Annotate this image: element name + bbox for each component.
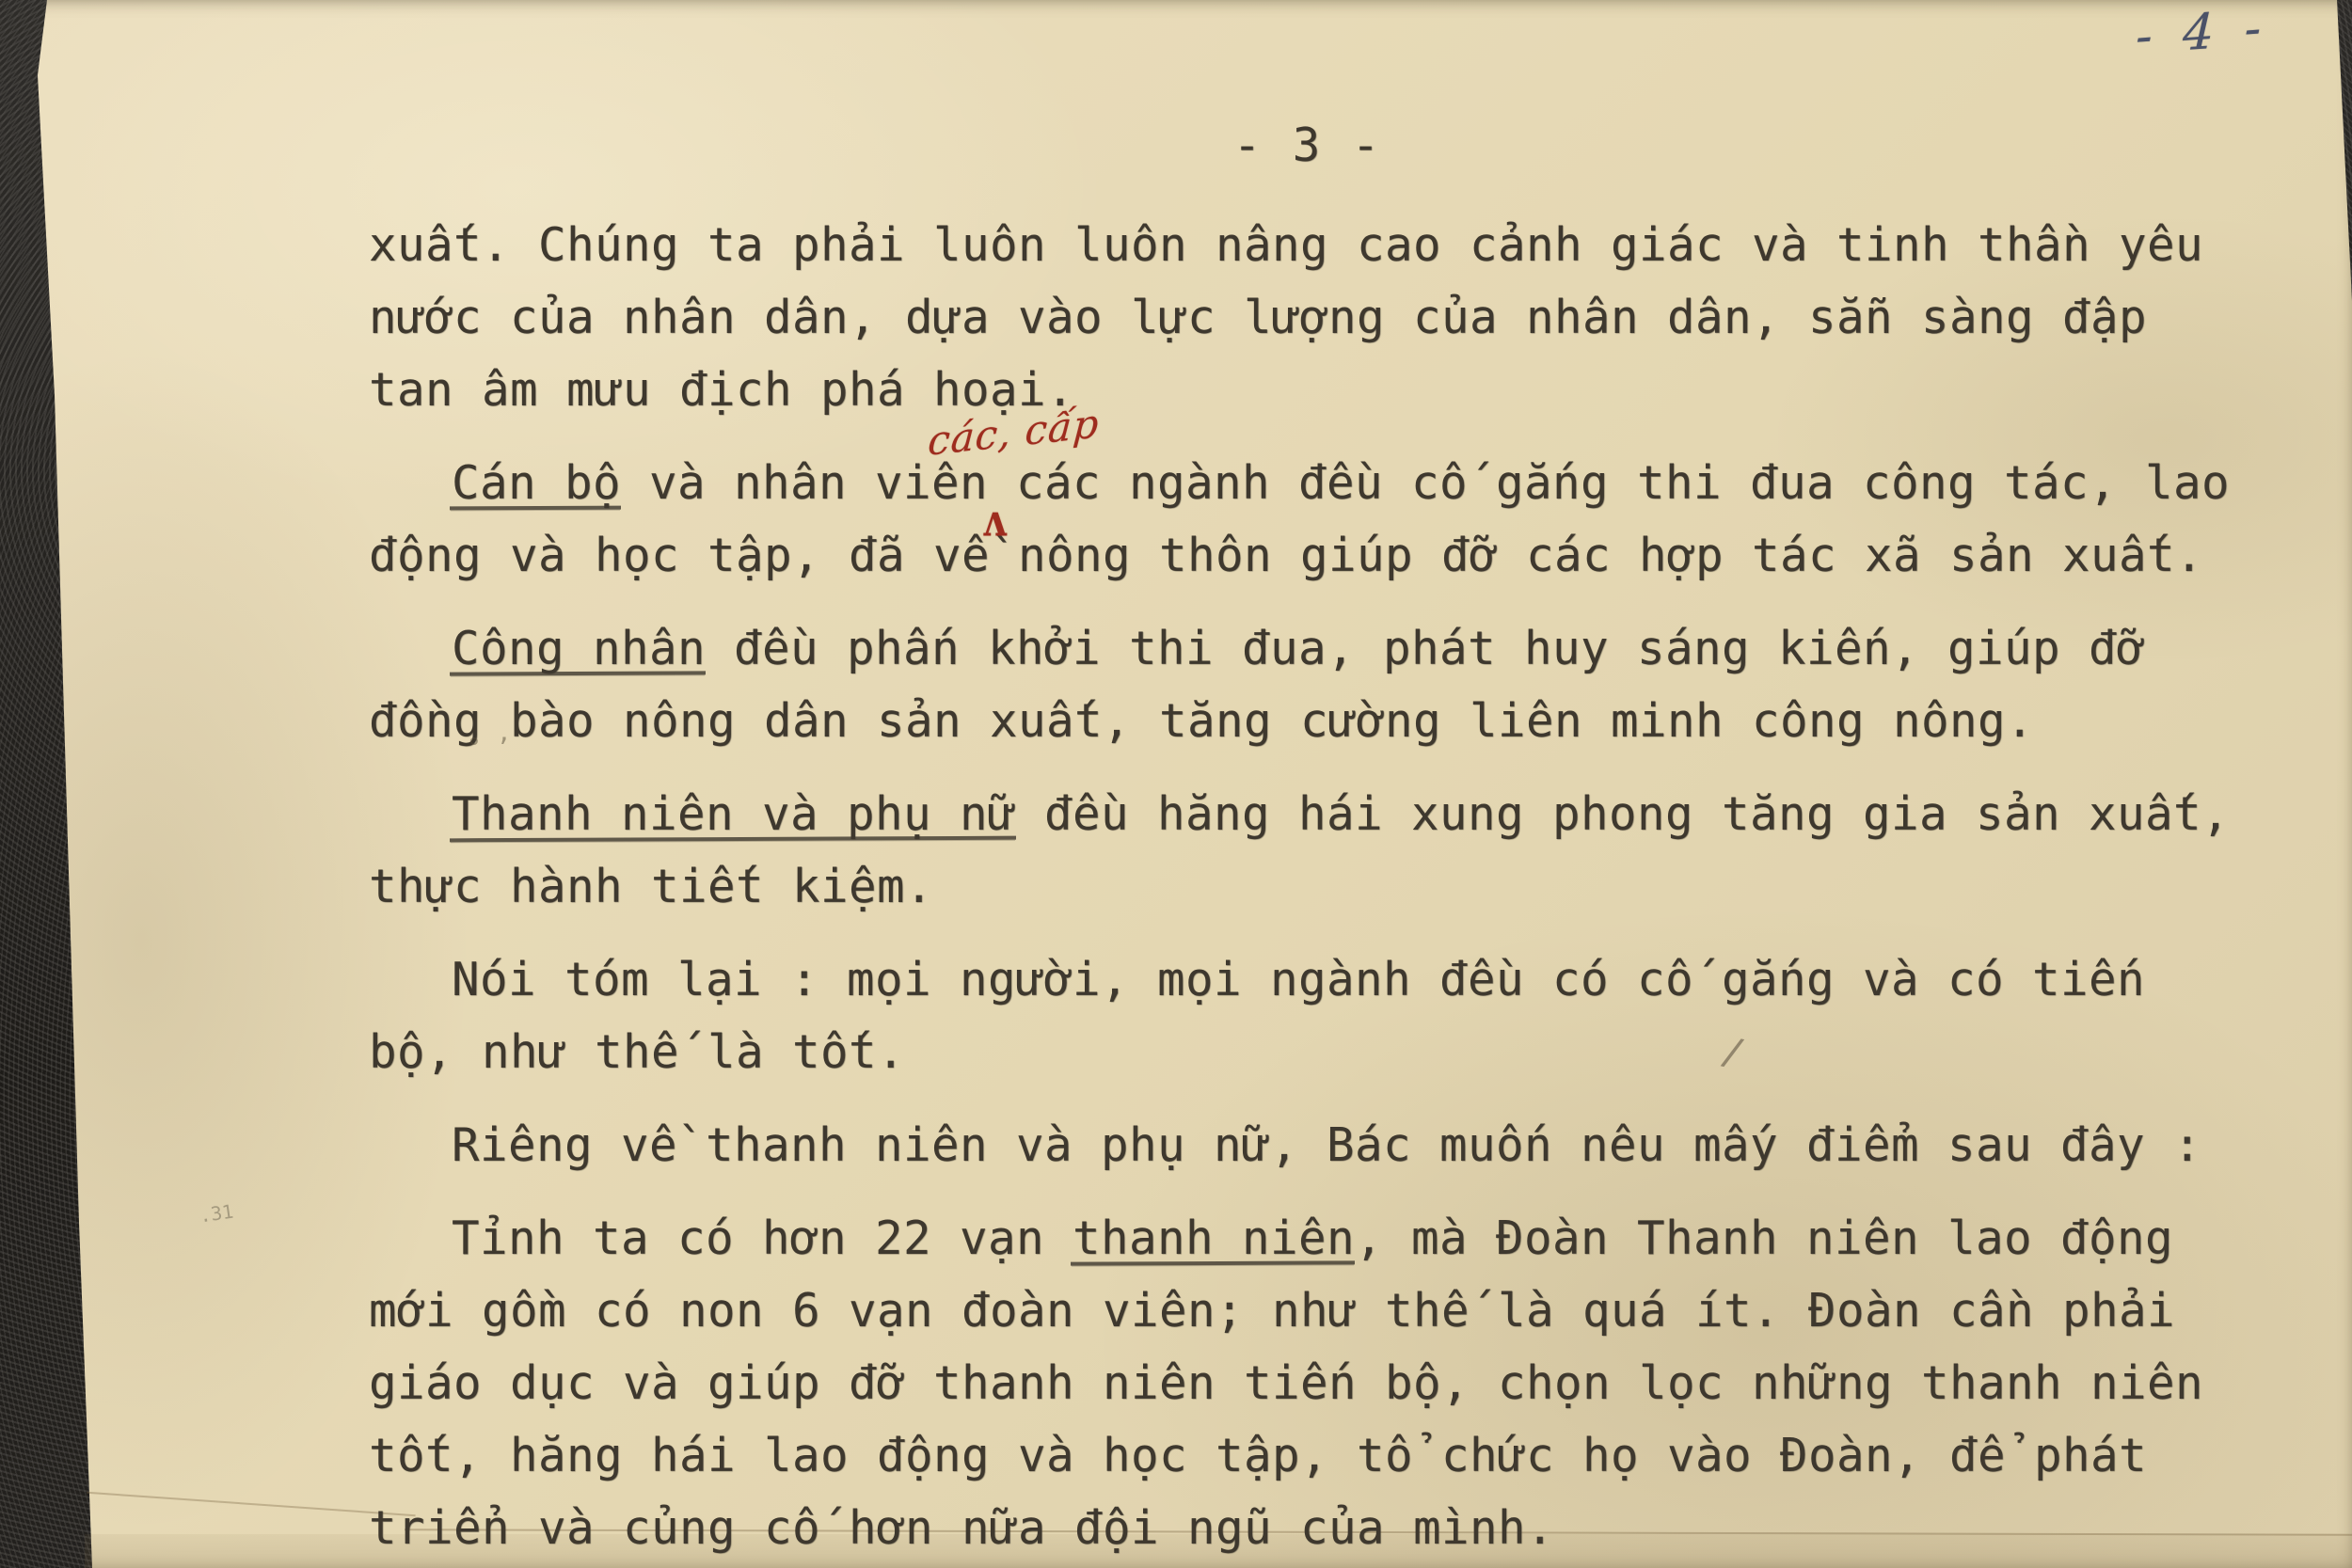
- text-line: động và học tập, đã về nông thôn giúp đỡ…: [369, 519, 2246, 592]
- underlined-phrase: thanh niên: [1073, 1212, 1355, 1265]
- text-segment: tốt, hăng hái lao động và học tập, tổ ch…: [369, 1429, 2147, 1482]
- text-line: nước của nhân dân, dựa vào lực lượng của…: [369, 281, 2246, 354]
- underlined-phrase: Công nhân: [452, 622, 706, 675]
- text-line: giáo dục và giúp đỡ thanh niên tiến bộ, …: [369, 1347, 2246, 1419]
- stray-mark: ° ʼ: [467, 734, 511, 762]
- paragraph: Nói tóm lại : mọi người, mọi ngành đều c…: [369, 943, 2246, 1088]
- text-segment: , mà Đoàn Thanh niên lao động: [1355, 1212, 2173, 1265]
- page-number: - 3 -: [369, 119, 2246, 172]
- text-line: xuất. Chúng ta phải luôn luôn nâng cao c…: [369, 209, 2246, 281]
- text-line: thực hành tiết kiệm.: [369, 850, 2246, 923]
- underlined-phrase: Thanh niên và phụ nữ: [452, 787, 1016, 841]
- text-line: triển và củng cố hơn nữa đội ngũ của mìn…: [369, 1492, 2246, 1564]
- text-line: mới gồm có non 6 vạn đoàn viên; như thế …: [369, 1275, 2246, 1347]
- text-segment: đồng bào nông dân sản xuất, tăng cường l…: [369, 694, 2034, 748]
- text-segment: đều phấn khởi thi đua, phát huy sáng kiế…: [706, 622, 2145, 675]
- text-line: đồng bào nông dân sản xuất, tăng cường l…: [369, 685, 2246, 757]
- text-line: Cán bộ và nhân viêncác, cấpʌcác ngành đề…: [369, 447, 2246, 519]
- text-segment: triển và củng cố hơn nữa đội ngũ của mìn…: [369, 1501, 1554, 1555]
- text-segment: giáo dục và giúp đỡ thanh niên tiến bộ, …: [369, 1356, 2203, 1410]
- text-line: Công nhân đều phấn khởi thi đua, phát hu…: [369, 612, 2246, 685]
- text-segment: đều hăng hái xung phong tăng gia sản xuấ…: [1016, 787, 2230, 841]
- underlined-phrase: Cán bộ: [452, 456, 621, 510]
- paragraph: Riêng về thanh niên và phụ nữ, Bác muốn …: [369, 1109, 2246, 1181]
- text-line: Thanh niên và phụ nữ đều hăng hái xung p…: [369, 778, 2246, 850]
- text-segment: Tỉnh ta có hơn 22 vạn: [452, 1212, 1073, 1265]
- paragraph: Cán bộ và nhân viêncác, cấpʌcác ngành đề…: [369, 447, 2246, 592]
- text-line: Nói tóm lại : mọi người, mọi ngành đều c…: [369, 943, 2246, 1016]
- text-segment: các ngành đều cố gắng thi đua công tác, …: [1016, 456, 2230, 510]
- text-segment: xuất. Chúng ta phải luôn luôn nâng cao c…: [369, 218, 2203, 272]
- paragraph: Tỉnh ta có hơn 22 vạn thanh niên, mà Đoà…: [369, 1202, 2246, 1564]
- scanned-document-page: - 3 - - 4 - xuất. Chúng ta phải luôn luô…: [0, 0, 2352, 1568]
- text-line: Riêng về thanh niên và phụ nữ, Bác muốn …: [369, 1109, 2246, 1181]
- typewritten-text-column: xuất. Chúng ta phải luôn luôn nâng cao c…: [369, 209, 2246, 1564]
- paragraph: xuất. Chúng ta phải luôn luôn nâng cao c…: [369, 209, 2246, 426]
- handwritten-insertion: các, cấpʌ: [988, 447, 1016, 519]
- text-segment: thực hành tiết kiệm.: [369, 860, 933, 913]
- text-segment: Nói tóm lại : mọi người, mọi ngành đều c…: [452, 953, 2145, 1006]
- text-segment: bộ, như thế là tốt.: [369, 1025, 905, 1079]
- paragraph: Công nhân đều phấn khởi thi đua, phát hu…: [369, 612, 2246, 757]
- text-line: tan âm mưu địch phá hoại.: [369, 354, 2246, 426]
- paragraph: Thanh niên và phụ nữ đều hăng hái xung p…: [369, 778, 2246, 923]
- text-segment: động và học tập, đã về nông thôn giúp đỡ…: [369, 529, 2203, 582]
- stray-mark: .31: [199, 1200, 235, 1227]
- text-line: Tỉnh ta có hơn 22 vạn thanh niên, mà Đoà…: [369, 1202, 2246, 1275]
- text-segment: mới gồm có non 6 vạn đoàn viên; như thế …: [369, 1284, 2175, 1338]
- text-segment: Riêng về thanh niên và phụ nữ, Bác muốn …: [452, 1118, 2201, 1172]
- text-line: bộ, như thế là tốt.: [369, 1016, 2246, 1088]
- text-line: tốt, hăng hái lao động và học tập, tổ ch…: [369, 1419, 2246, 1492]
- text-segment: nước của nhân dân, dựa vào lực lượng của…: [369, 291, 2147, 344]
- insertion-caret-icon: ʌ: [982, 477, 1007, 563]
